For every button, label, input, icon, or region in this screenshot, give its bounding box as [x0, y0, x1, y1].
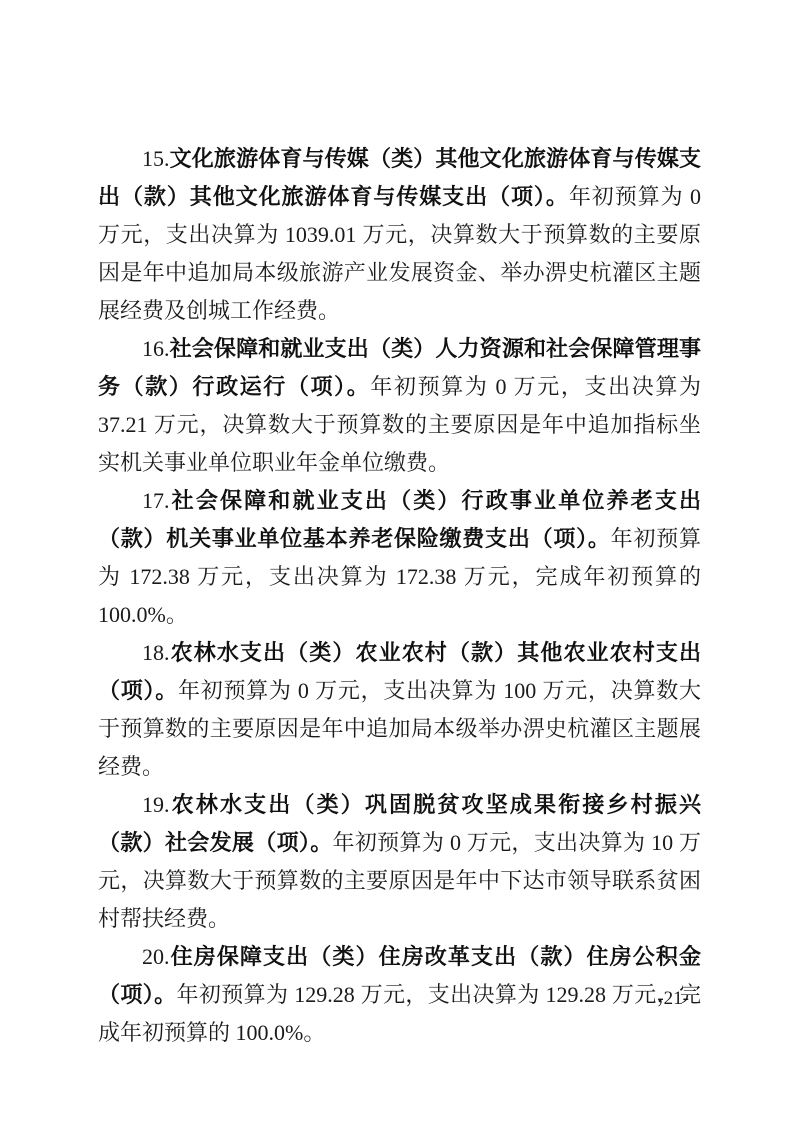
paragraph-15: 15.文化旅游体育与传媒（类）其他文化旅游体育与传媒支出（款）其他文化旅游体育与…: [98, 140, 701, 330]
paragraph-number: 16.: [142, 336, 170, 361]
paragraph-20: 20.住房保障支出（类）住房改革支出（款）住房公积金（项）。年初预算为 129.…: [98, 938, 701, 1052]
paragraph-number: 19.: [142, 792, 170, 817]
paragraph-number: 17.: [142, 488, 170, 513]
paragraph-body: 年初预算为 0 万元，支出决算为 100 万元，决算数大于预算数的主要原因是年中…: [98, 678, 701, 779]
page-number: -21-: [657, 988, 689, 1010]
paragraph-17: 17.社会保障和就业支出（类）行政事业单位养老支出（款）机关事业单位基本养老保险…: [98, 482, 701, 634]
document-page: 15.文化旅游体育与传媒（类）其他文化旅游体育与传媒支出（款）其他文化旅游体育与…: [0, 0, 793, 1122]
paragraph-number: 18.: [142, 640, 170, 665]
paragraph-18: 18.农林水支出（类）农业农村（款）其他农业农村支出（项）。年初预算为 0 万元…: [98, 634, 701, 786]
paragraph-19: 19.农林水支出（类）巩固脱贫攻坚成果衔接乡村振兴（款）社会发展（项）。年初预算…: [98, 786, 701, 938]
paragraph-number: 20.: [142, 944, 170, 969]
paragraph-body: 年初预算为 129.28 万元，支出决算为 129.28 万元，完成年初预算的 …: [98, 982, 701, 1045]
paragraph-16: 16.社会保障和就业支出（类）人力资源和社会保障管理事务（款）行政运行（项）。年…: [98, 330, 701, 482]
document-body: 15.文化旅游体育与传媒（类）其他文化旅游体育与传媒支出（款）其他文化旅游体育与…: [98, 140, 701, 1052]
paragraph-number: 15.: [142, 146, 170, 171]
